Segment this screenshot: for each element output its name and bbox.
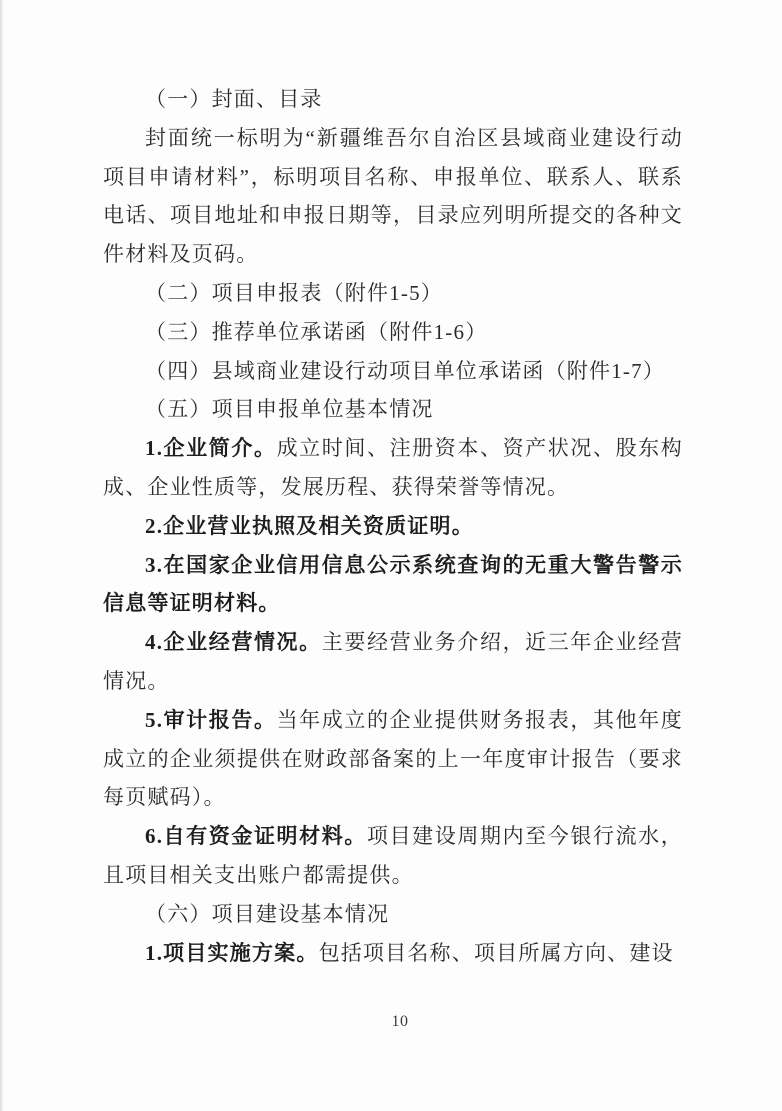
para-operation-status: 4.企业经营情况。主要经营业务介绍，近三年企业经营情况。 xyxy=(103,623,683,701)
heading-section-3-text: （三）推荐单位承诺函（附件1-6） xyxy=(145,320,487,344)
document-page: （一）封面、目录 封面统一标明为“新疆维吾尔自治区县域商业建设行动项目申请材料”… xyxy=(0,0,782,1111)
para-business-license-bold: 2.企业营业执照及相关资质证明。 xyxy=(145,514,474,538)
para-implementation-plan: 1.项目实施方案。包括项目名称、项目所属方向、建设 xyxy=(103,934,683,973)
heading-section-5-text: （五）项目申报单位基本情况 xyxy=(145,397,434,421)
para-cover-description-text: 封面统一标明为“新疆维吾尔自治区县域商业建设行动项目申请材料”，标明项目名称、申… xyxy=(103,126,683,266)
para-audit-report: 5.审计报告。当年成立的企业提供财务报表，其他年度成立的企业须提供在财政部备案的… xyxy=(103,701,683,817)
para-audit-report-bold: 5.审计报告。 xyxy=(145,708,277,732)
scan-edge-shadow xyxy=(0,0,6,1111)
page-number: 10 xyxy=(0,1013,782,1031)
heading-section-4: （四）县域商业建设行动项目单位承诺函（附件1-7） xyxy=(103,352,683,391)
heading-section-1-text: （一）封面、目录 xyxy=(145,87,323,111)
para-implementation-plan-text: 包括项目名称、项目所属方向、建设 xyxy=(319,941,674,965)
heading-section-4-text: （四）县域商业建设行动项目单位承诺函（附件1-7） xyxy=(145,359,665,383)
heading-section-2: （二）项目申报表（附件1-5） xyxy=(103,274,683,313)
heading-section-1: （一）封面、目录 xyxy=(103,80,683,119)
para-credit-info-bold: 3.在国家企业信用信息公示系统查询的无重大警告警示信息等证明材料。 xyxy=(103,553,683,616)
heading-section-3: （三）推荐单位承诺函（附件1-6） xyxy=(103,313,683,352)
para-implementation-plan-bold: 1.项目实施方案。 xyxy=(145,941,319,965)
heading-section-5: （五）项目申报单位基本情况 xyxy=(103,390,683,429)
para-own-funds-proof-bold: 6.自有资金证明材料。 xyxy=(145,824,367,848)
heading-section-2-text: （二）项目申报表（附件1-5） xyxy=(145,281,443,305)
para-cover-description: 封面统一标明为“新疆维吾尔自治区县域商业建设行动项目申请材料”，标明项目名称、申… xyxy=(103,119,683,274)
heading-section-6-text: （六）项目建设基本情况 xyxy=(145,902,389,926)
para-business-license: 2.企业营业执照及相关资质证明。 xyxy=(103,507,683,546)
para-credit-info: 3.在国家企业信用信息公示系统查询的无重大警告警示信息等证明材料。 xyxy=(103,546,683,624)
para-company-profile-bold: 1.企业简介。 xyxy=(145,436,277,460)
para-operation-status-bold: 4.企业经营情况。 xyxy=(145,630,322,654)
document-body: （一）封面、目录 封面统一标明为“新疆维吾尔自治区县域商业建设行动项目申请材料”… xyxy=(103,80,683,972)
heading-section-6: （六）项目建设基本情况 xyxy=(103,895,683,934)
para-own-funds-proof: 6.自有资金证明材料。项目建设周期内至今银行流水，且项目相关支出账户都需提供。 xyxy=(103,817,683,895)
para-company-profile: 1.企业简介。成立时间、注册资本、资产状况、股东构成、企业性质等，发展历程、获得… xyxy=(103,429,683,507)
